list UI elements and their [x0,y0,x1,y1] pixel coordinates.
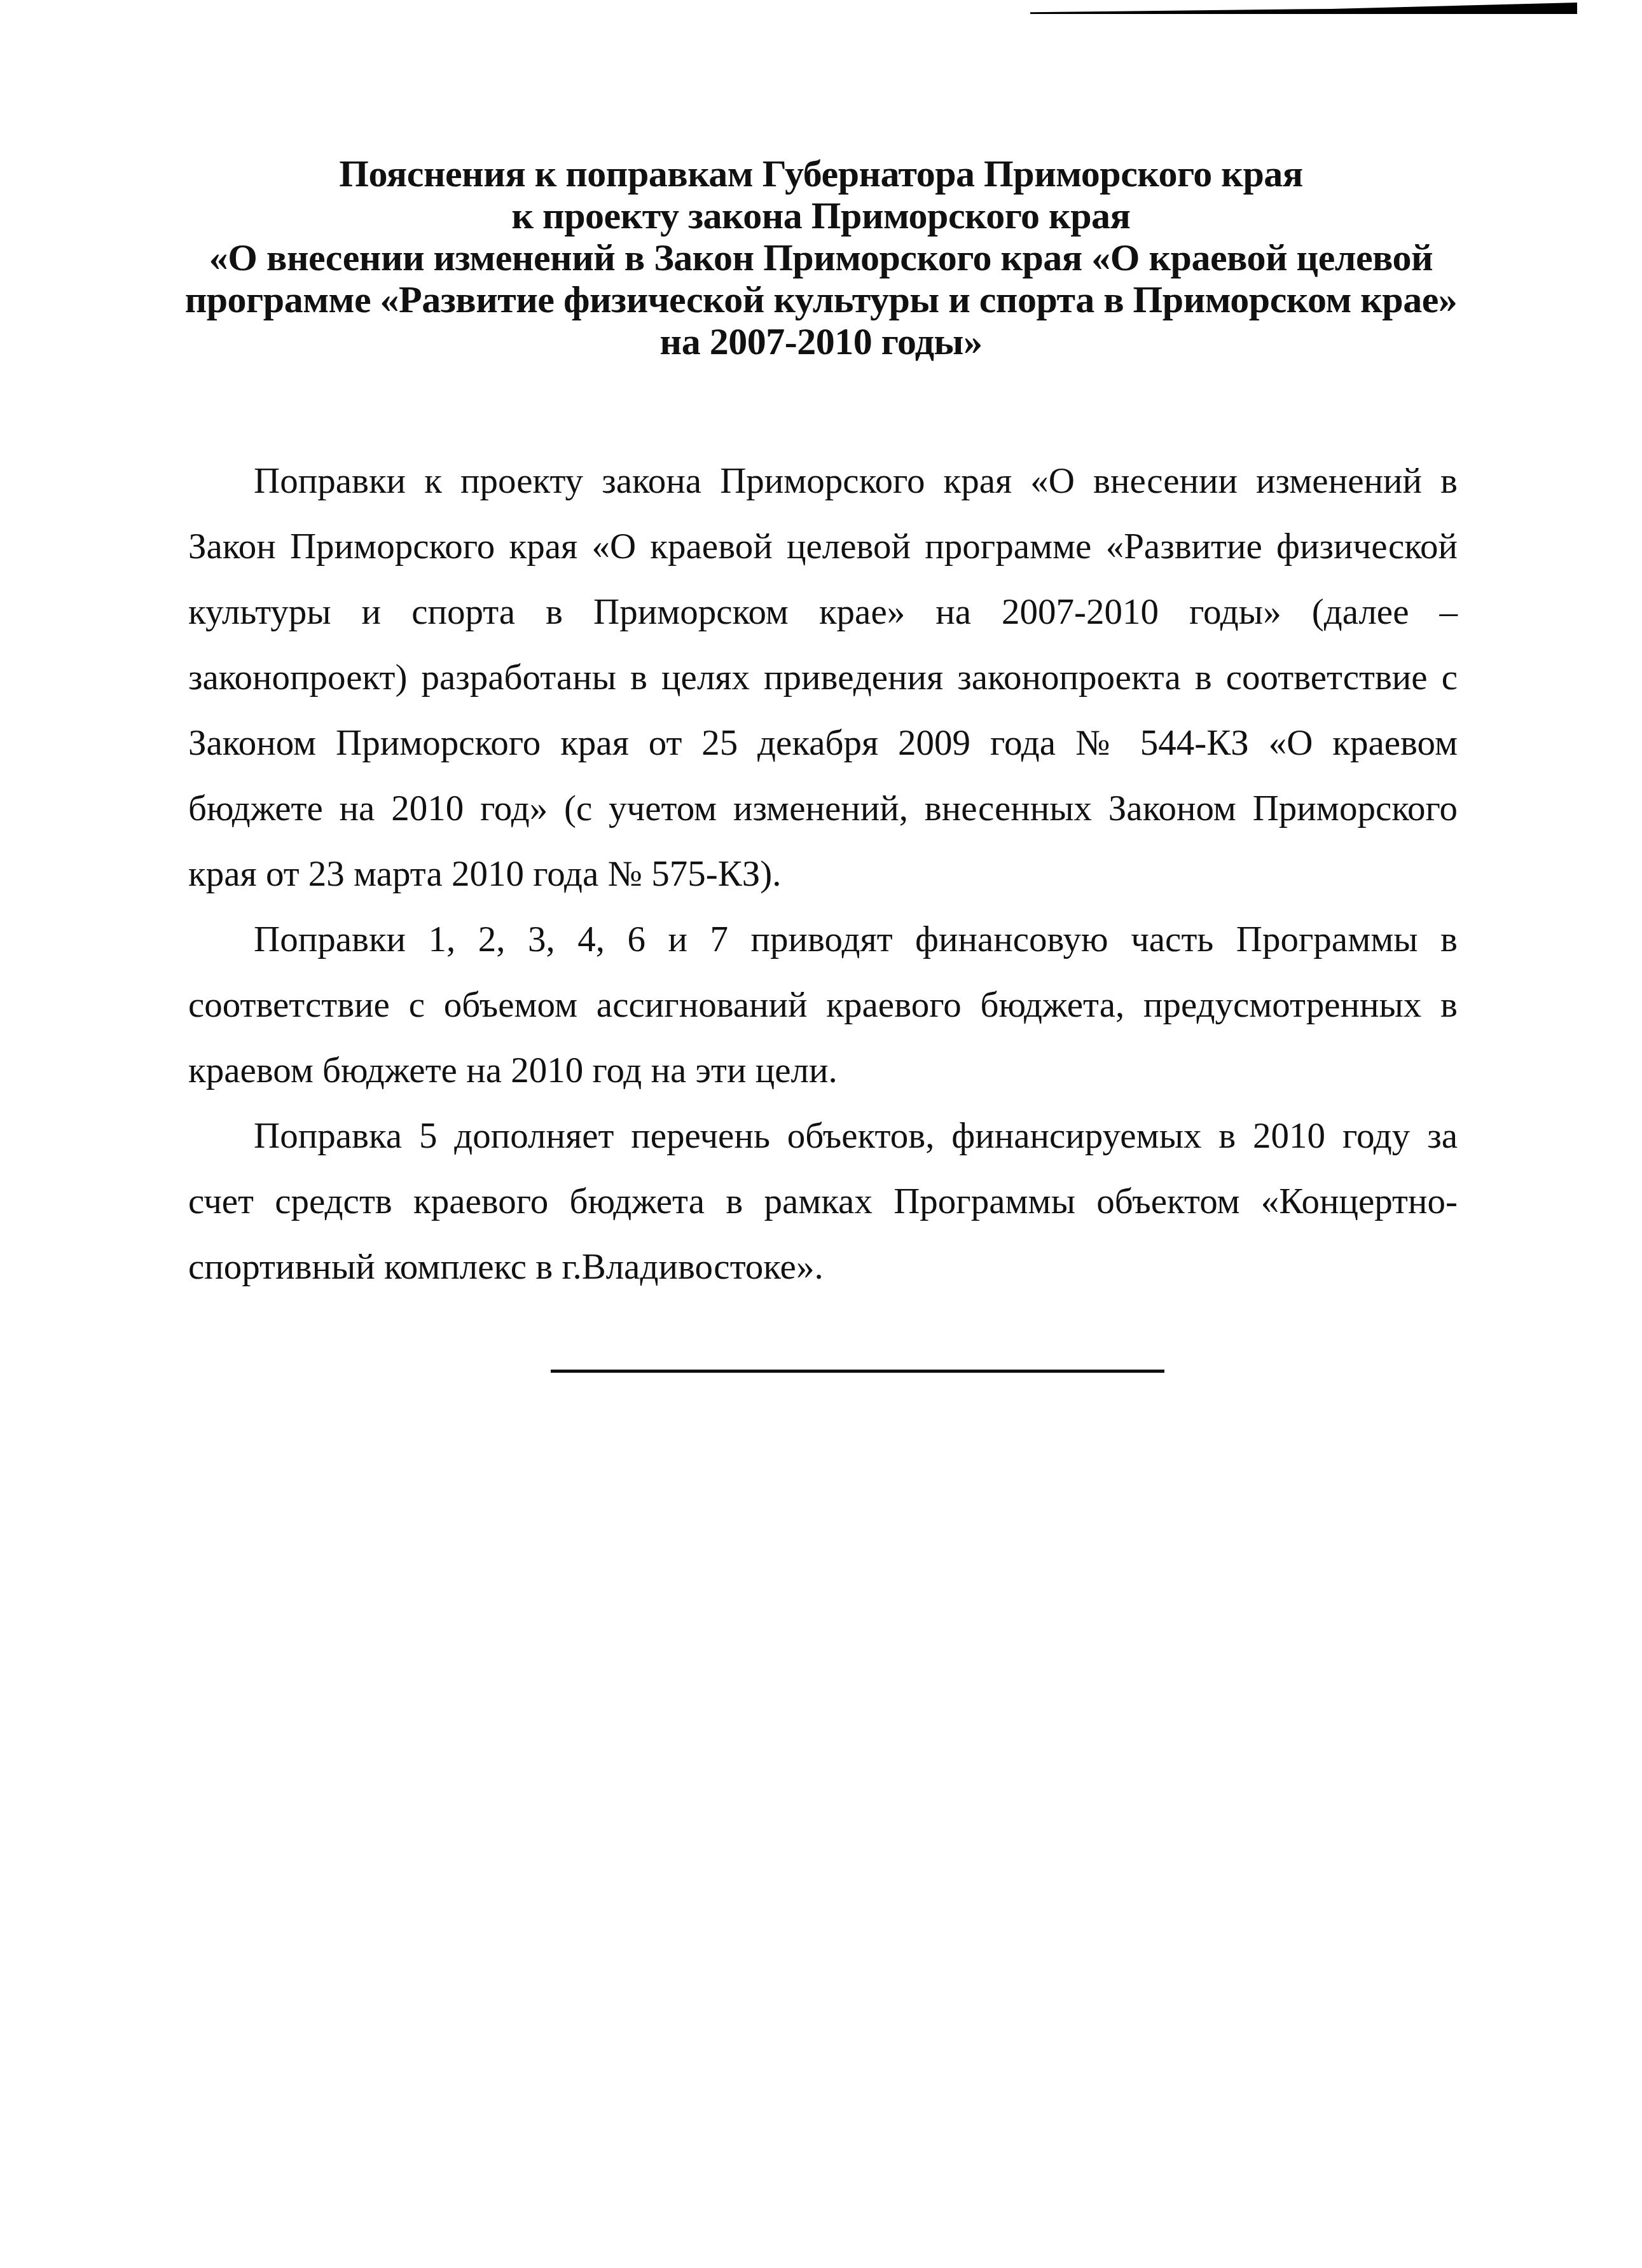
title-line-1: Пояснения к поправкам Губернатора Примор… [0,153,1642,195]
paragraph-amendment-5: Поправка 5 дополняет перечень объектов, … [188,1103,1458,1300]
paragraph-purpose: Поправки к проекту закона Приморского кр… [188,448,1458,907]
title-line-3: «О внесении изменений в Закон Приморског… [0,237,1642,278]
paragraph-amendments-financial: Поправки 1, 2, 3, 4, 6 и 7 приводят фина… [188,907,1458,1103]
title-line-2: к проекту закона Приморского края [0,195,1642,237]
title-line-5: на 2007-2010 годы» [0,320,1642,362]
scan-artifact-line [1030,3,1577,14]
document-body: Поправки к проекту закона Приморского кр… [188,448,1458,1300]
end-divider [551,1370,1164,1373]
title-line-4: программе «Развитие физической культуры … [0,278,1642,320]
document-title: Пояснения к поправкам Губернатора Примор… [0,153,1642,362]
